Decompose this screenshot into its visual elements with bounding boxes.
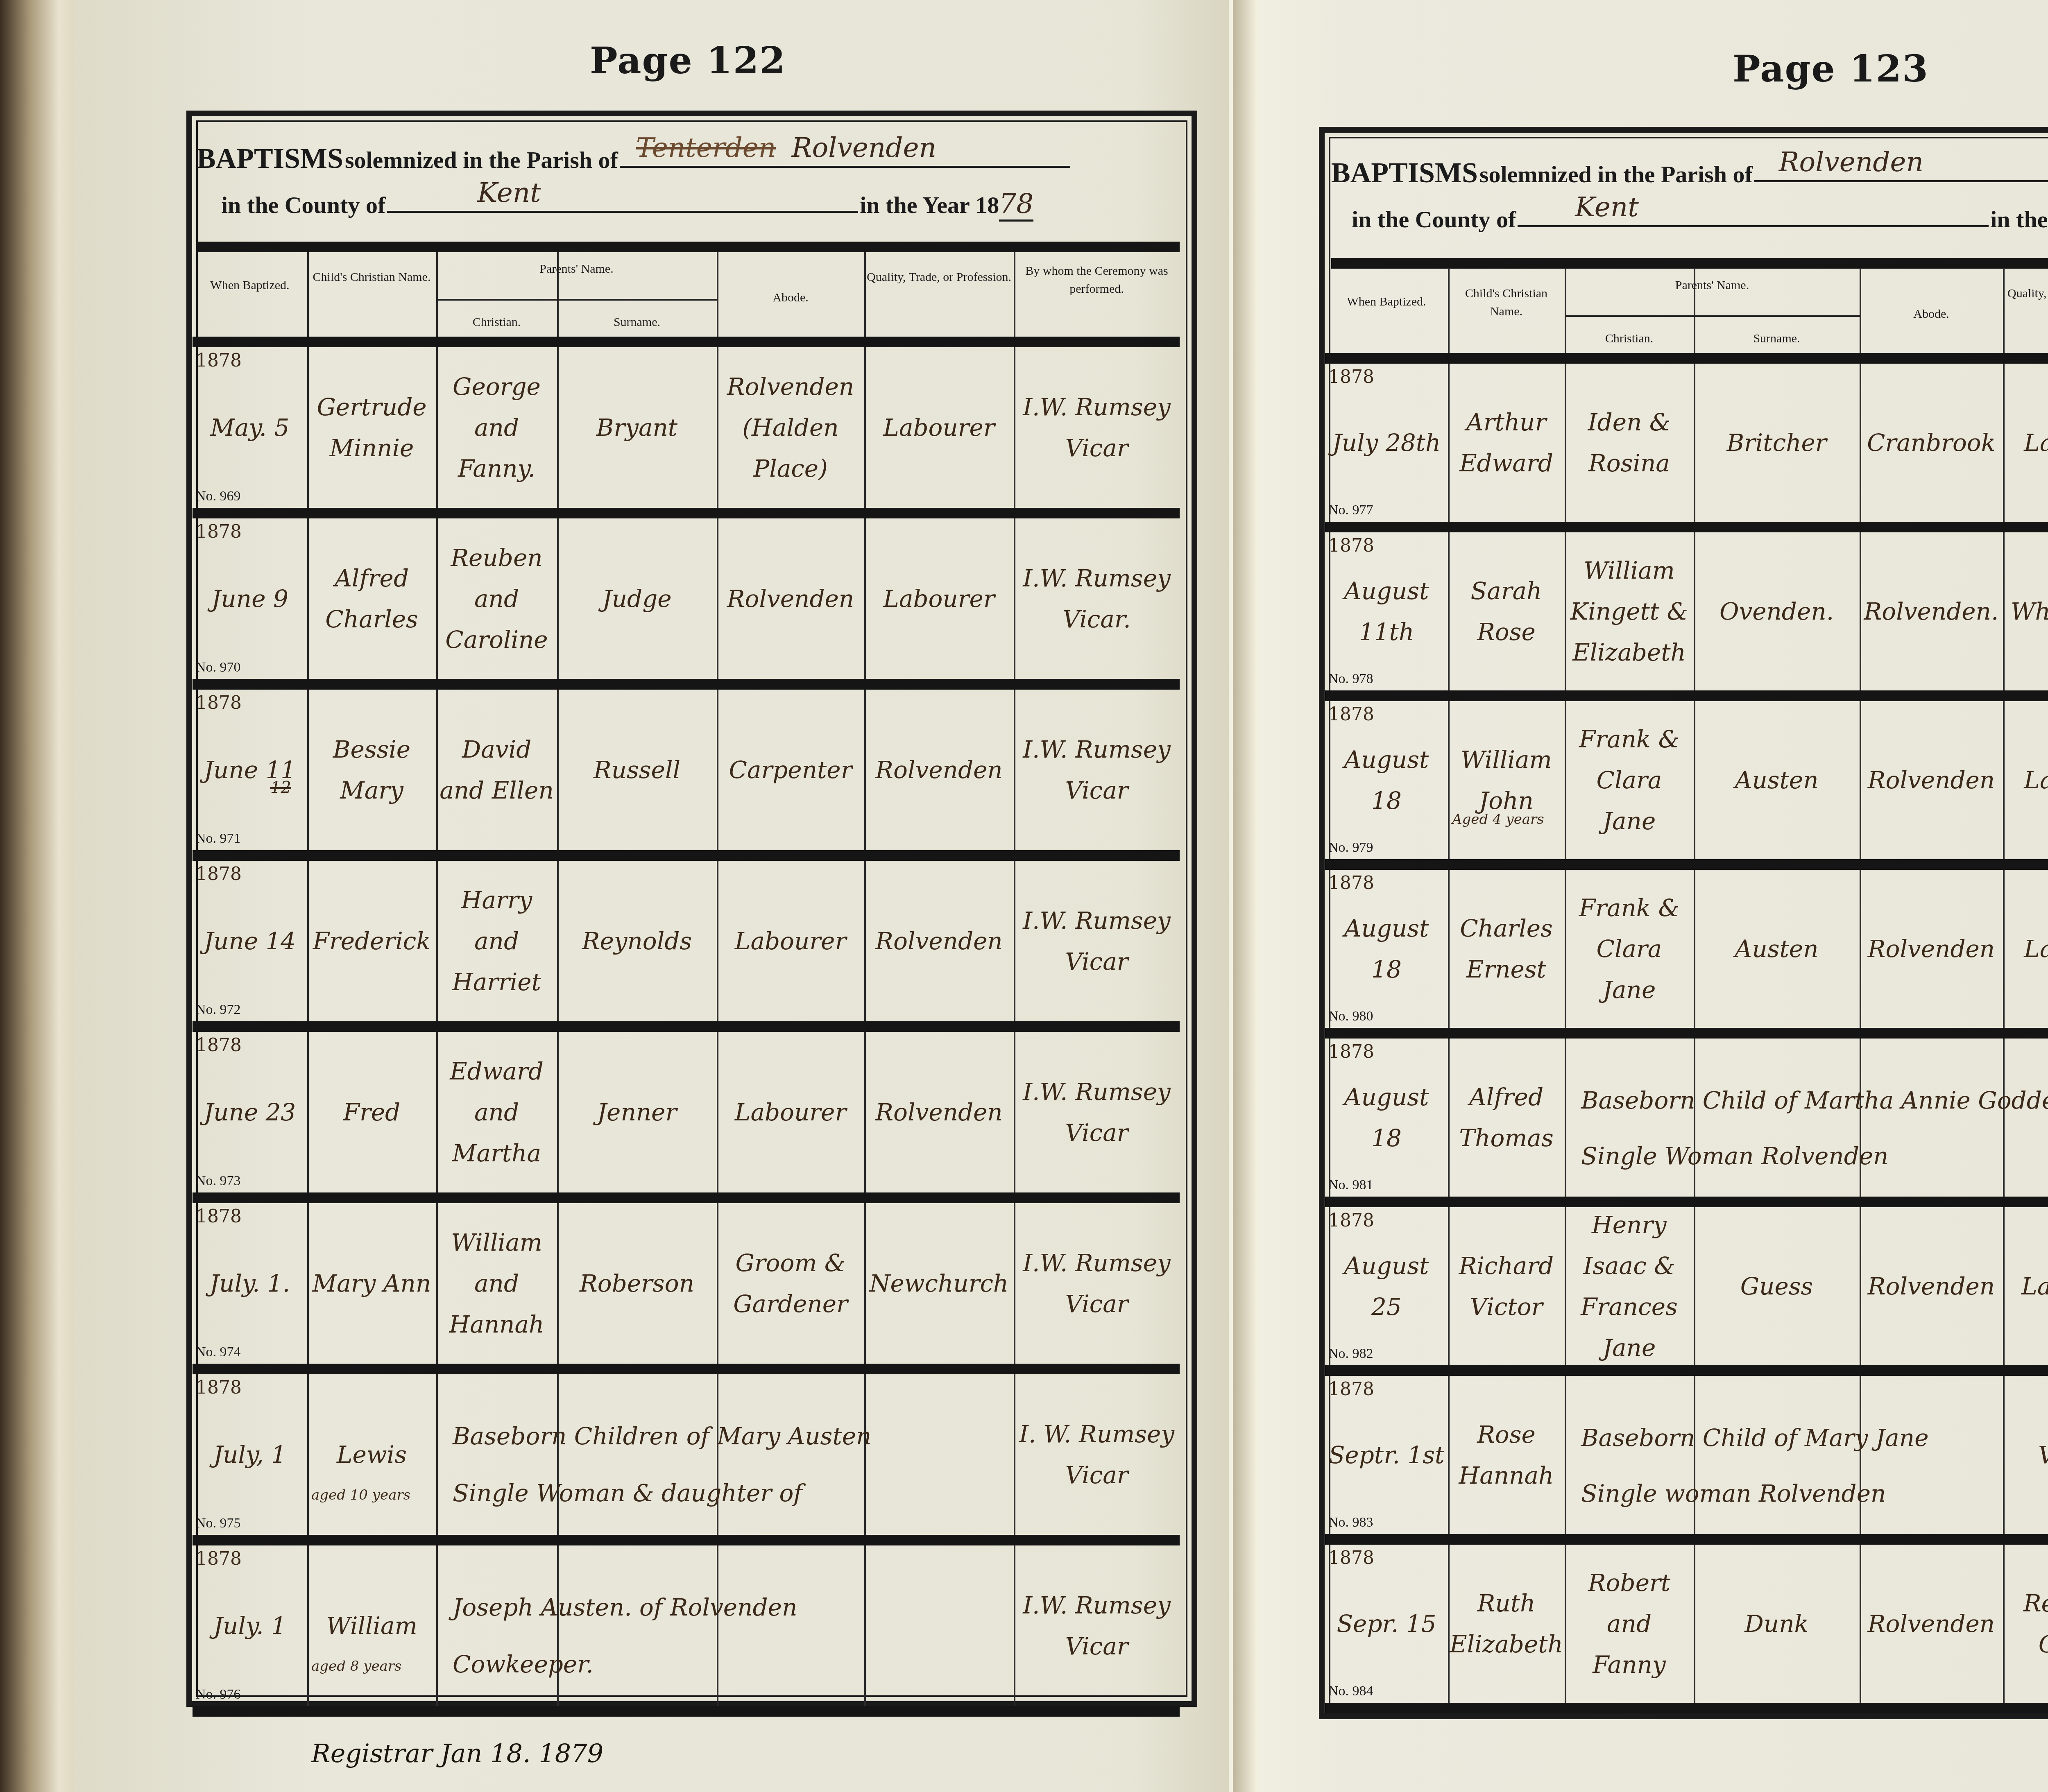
left-col-parents: Parents' Name. xyxy=(436,260,717,278)
parent-surname: Bryant xyxy=(560,367,714,489)
left-row-rule xyxy=(193,679,1180,690)
right-col-child: Child's Christian Name. xyxy=(1448,285,1565,321)
left-page-title: Page 122 xyxy=(590,39,786,82)
left-row-rule xyxy=(193,1192,1180,1203)
entry-number: No. 969 xyxy=(196,489,241,504)
left-col-quality: Quality, Trade, or Profession. xyxy=(864,268,1014,286)
right-col-christian: Christian. xyxy=(1565,330,1694,348)
abode: Rolvenden xyxy=(1862,720,2000,840)
entry-number: No. 970 xyxy=(196,660,241,675)
when-baptized: July. 1. xyxy=(195,1222,305,1344)
right-row-rule xyxy=(1325,859,2048,870)
left-parish-line: BAPTISMS solemnized in the Parish of Ten… xyxy=(197,141,1070,175)
quality-trade-profession: Labourer xyxy=(2005,889,2048,1009)
right-row-rule xyxy=(1325,1028,2048,1039)
when-baptized: May. 5 xyxy=(195,367,305,489)
right-row-rule xyxy=(1325,1534,2048,1545)
entry-number: No. 976 xyxy=(196,1687,241,1702)
spanning-note-line-1: Baseborn Children of Mary Austen xyxy=(453,1422,871,1450)
quality-trade-profession: Labourer xyxy=(867,538,1011,660)
spanning-note-line-1: Joseph Austen. of Rolvenden xyxy=(453,1593,797,1621)
parent-christian-names: William and Hannah xyxy=(439,1222,555,1344)
parent-christian-names: Edward and Martha xyxy=(439,1051,555,1173)
entry-number: No. 975 xyxy=(196,1516,241,1531)
child-name: Bessie Mary xyxy=(310,709,434,831)
right-row-rule xyxy=(1325,353,2048,364)
abode: Rolvenden. xyxy=(1862,552,2000,671)
left-column-divider xyxy=(1014,252,1015,1711)
officiant: I.W. Rumsey Vicar xyxy=(1016,1051,1177,1173)
child-name: Fred xyxy=(310,1051,434,1173)
left-row-rule xyxy=(193,850,1180,861)
right-col-parents: Parents' Name. xyxy=(1565,276,1860,294)
right-column-divider xyxy=(1448,268,1450,1708)
left-row-rule xyxy=(193,1021,1180,1032)
when-baptized: July. 1 xyxy=(195,1565,305,1687)
when-baptized: July, 1 xyxy=(195,1394,305,1516)
right-county-line: in the County of Kent in the Year 1878 xyxy=(1352,201,2048,234)
abode: Cranbrook xyxy=(1862,383,2000,502)
quality-trade-profession: Newchurch xyxy=(867,1222,1011,1344)
when-baptized: August 18 xyxy=(1328,720,1445,840)
left-col-by-whom: By whom the Ceremony was performed. xyxy=(1014,262,1180,298)
child-age-note: Aged 4 years xyxy=(1452,811,1544,828)
left-county-field: Kent xyxy=(387,186,858,213)
quality-trade-profession: Rolvenden xyxy=(867,880,1011,1002)
child-age-note: aged 8 years xyxy=(311,1658,401,1674)
quality-trade-profession: Relieving Officer xyxy=(2005,1564,2048,1683)
spanning-note-line-1: Baseborn Child of Mary Jane xyxy=(1581,1424,1928,1452)
right-page-title: Page 123 xyxy=(1733,47,1929,91)
child-age-note: aged 10 years xyxy=(311,1487,410,1503)
entry-number: No. 984 xyxy=(1328,1683,1373,1699)
when-baptized: Sepr. 15 xyxy=(1328,1564,1445,1683)
child-name: Sarah Rose xyxy=(1450,552,1562,671)
entry-number: No. 979 xyxy=(1328,840,1373,855)
right-parents-subrule xyxy=(1565,315,1860,317)
officiant: I.W. Rumsey Vicar xyxy=(1016,1565,1177,1687)
left-column-divider xyxy=(436,252,438,1711)
officiant: I.W. Rumsey Vicar xyxy=(1016,709,1177,831)
parent-christian-names: Iden & Rosina xyxy=(1567,383,1691,502)
officiant: I.W. Rumsey Vicar xyxy=(1016,1222,1177,1344)
abode: Labourer xyxy=(719,1051,862,1173)
left-parents-subrule xyxy=(436,299,717,301)
left-row-rule xyxy=(193,1535,1180,1545)
left-parish-field: Tenterden Rolvenden xyxy=(620,141,1070,168)
right-row-rule xyxy=(1325,1365,2048,1376)
parent-surname: Reynolds xyxy=(560,880,714,1002)
abode: Carpenter xyxy=(719,709,862,831)
parent-christian-names: David and Ellen xyxy=(439,709,555,831)
officiant: I. W. Rumsey Vicar xyxy=(1016,1394,1177,1516)
quality-trade-profession: Labourer. xyxy=(2005,1226,2048,1346)
parent-surname: Guess xyxy=(1696,1226,1857,1346)
right-col-abode: Abode. xyxy=(1860,305,2003,323)
parent-surname: Russell xyxy=(560,709,714,831)
parent-christian-names: Frank & Clara Jane xyxy=(1567,889,1691,1009)
when-baptized: June 11 xyxy=(195,709,305,831)
entry-number: No. 980 xyxy=(1328,1009,1373,1024)
when-baptized: August 18 xyxy=(1328,1058,1445,1177)
right-row-rule xyxy=(1325,522,2048,532)
left-col-child: Child's Christian Name. xyxy=(307,268,436,286)
parent-surname: Roberson xyxy=(560,1222,714,1344)
when-baptized: June 23 xyxy=(195,1051,305,1173)
entry-number: No. 977 xyxy=(1328,502,1373,518)
parent-christian-names: George and Fanny. xyxy=(439,367,555,489)
parent-christian-names: Reuben and Caroline xyxy=(439,538,555,660)
left-col-when: When Baptized. xyxy=(193,276,307,294)
entry-number: No. 971 xyxy=(196,831,241,846)
quality-trade-profession: Vineall xyxy=(2005,1395,2048,1515)
child-name: Arthur Edward xyxy=(1450,383,1562,502)
left-registrar-note: Registrar Jan 18. 1879 xyxy=(311,1738,603,1768)
spanning-note-line-2: Cowkeeper. xyxy=(453,1650,594,1678)
when-baptized: August 11th xyxy=(1328,552,1445,671)
when-baptized: Septr. 1st xyxy=(1328,1395,1445,1515)
left-row-rule xyxy=(193,1364,1180,1374)
quality-trade-profession: Labourer xyxy=(2005,720,2048,840)
abode: Rolvenden (Halden Place) xyxy=(719,367,862,489)
quality-trade-profession: Rolvenden xyxy=(867,709,1011,831)
child-name: Gertrude Minnie xyxy=(310,367,434,489)
parent-surname: Dunk xyxy=(1696,1564,1857,1683)
right-col-quality: Quality, Trade, or Profession. xyxy=(2003,285,2048,303)
right-column-divider xyxy=(1565,268,1566,1708)
book-gutter xyxy=(1233,0,1257,1792)
right-col-when: When Baptized. xyxy=(1325,293,1448,311)
entry-number: No. 974 xyxy=(196,1344,241,1360)
spanning-note-line-2: Single woman Rolvenden xyxy=(1581,1480,1886,1507)
left-county-line: in the County of Kent in the Year 1878 xyxy=(221,186,1033,219)
abode: Rolvenden xyxy=(1862,889,2000,1009)
officiant: I.W. Rumsey Vicar xyxy=(1016,367,1177,489)
right-header-rule xyxy=(1331,258,2048,269)
quality-trade-profession: Rolvenden xyxy=(867,1051,1011,1173)
when-baptized: June 14 xyxy=(195,880,305,1002)
parent-christian-names: Harry and Harriet xyxy=(439,880,555,1002)
quality-trade-profession: Labourer xyxy=(2005,383,2048,502)
child-name: Mary Ann xyxy=(310,1222,434,1344)
abode: Labourer xyxy=(719,880,862,1002)
parent-surname: Austen xyxy=(1696,720,1857,840)
left-col-abode: Abode. xyxy=(717,289,864,307)
abode: Rolvenden xyxy=(1862,1564,2000,1683)
when-baptized: July 28th xyxy=(1328,383,1445,502)
entry-number: No. 981 xyxy=(1328,1177,1373,1193)
child-name: Rose Hannah xyxy=(1450,1395,1562,1515)
child-name: Ruth Elizabeth xyxy=(1450,1564,1562,1683)
parent-surname: Judge xyxy=(560,538,714,660)
entry-number: No. 982 xyxy=(1328,1346,1373,1362)
child-name: Frederick xyxy=(310,880,434,1002)
right-county-field: Kent xyxy=(1518,201,1989,227)
left-column-divider xyxy=(864,252,866,1711)
right-row-rule xyxy=(1325,690,2048,701)
abode: Groom & Gardener xyxy=(719,1222,862,1344)
parent-surname: Austen xyxy=(1696,889,1857,1009)
left-row-rule xyxy=(193,508,1180,518)
child-name: Richard Victor xyxy=(1450,1226,1562,1346)
right-bottom-rule xyxy=(1325,1703,2048,1713)
parent-surname: Jenner xyxy=(560,1051,714,1173)
left-col-surname: Surname. xyxy=(557,313,717,331)
right-column-divider xyxy=(2003,268,2005,1708)
parent-surname: Ovenden. xyxy=(1696,552,1857,671)
struck-date: 12 xyxy=(270,778,291,797)
spanning-note-line-2: Single Woman Rolvenden xyxy=(1581,1142,1888,1170)
parent-christian-names: Robert and Fanny xyxy=(1567,1564,1691,1683)
left-bottom-rule xyxy=(193,1706,1180,1717)
right-parish-field: Rolvenden xyxy=(1754,156,2048,182)
officiant: I.W. Rumsey Vicar. xyxy=(1016,538,1177,660)
entry-number: No. 978 xyxy=(1328,671,1373,687)
when-baptized: June 9 xyxy=(195,538,305,660)
parent-christian-names: William Kingett & Elizabeth xyxy=(1567,552,1691,671)
child-name: Charles Ernest xyxy=(1450,889,1562,1009)
when-baptized: August 25 xyxy=(1328,1226,1445,1346)
quality-trade-profession: Labourer xyxy=(867,367,1011,489)
right-col-surname: Surname. xyxy=(1694,330,1860,348)
abode: Rolvenden xyxy=(1862,1226,2000,1346)
quality-trade-profession: Whitesmith xyxy=(2005,552,2048,671)
officiant: I.W. Rumsey Vicar xyxy=(1016,880,1177,1002)
left-row-rule xyxy=(193,337,1180,347)
left-column-divider xyxy=(307,252,309,1711)
spanning-note-line-1: Baseborn Child of Martha Annie Godden xyxy=(1581,1086,2048,1114)
when-baptized: August 18 xyxy=(1328,889,1445,1009)
child-name: Alfred Charles xyxy=(310,538,434,660)
left-header-rule xyxy=(197,242,1180,252)
abode: Rolvenden xyxy=(719,538,862,660)
entry-number: No. 983 xyxy=(1328,1515,1373,1530)
left-col-christian: Christian. xyxy=(436,313,557,331)
spanning-note-line-2: Single Woman & daughter of xyxy=(453,1479,802,1507)
child-name: Alfred Thomas xyxy=(1450,1058,1562,1177)
parent-surname: Britcher xyxy=(1696,383,1857,502)
right-parish-line: BAPTISMS solemnized in the Parish of Rol… xyxy=(1331,156,2048,190)
entry-number: No. 973 xyxy=(196,1173,241,1189)
parent-christian-names: Henry Isaac & Frances Jane xyxy=(1567,1226,1691,1346)
parent-christian-names: Frank & Clara Jane xyxy=(1567,720,1691,840)
entry-number: No. 972 xyxy=(196,1002,241,1018)
